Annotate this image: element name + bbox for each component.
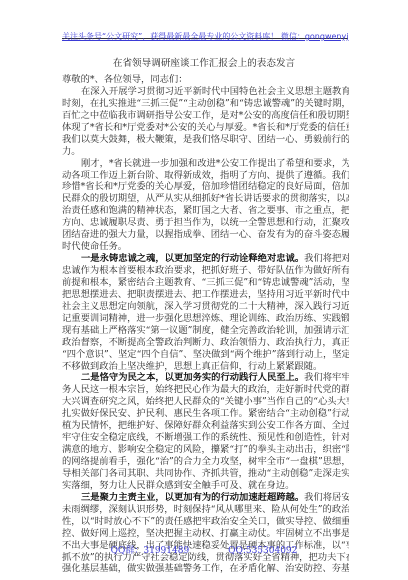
- section-text: 我们将居安思危，: [304, 492, 349, 503]
- text-line: 动各项工作迈上新台阶、取得新成效，指明了方向、提供了遵循。我们将倍加: [62, 170, 349, 182]
- qq-number: QQ:535304092: [228, 546, 297, 556]
- text-line: 牢守住安全稳定底线，不断增强工作的系统性、预见性和创造性，针对群众不: [62, 432, 349, 444]
- text-line: 性，以“时时放心不下”的责任感把牢政治安全关口，做实导控、做细重点管: [62, 516, 349, 528]
- text-line: 扎实做好保民安、护民利、惠民生各项工作。紧密结合“主动创稳”行动，厚: [62, 408, 349, 420]
- text-line: 体现了*省长和*厅党委对*公安的关心与厚爱。*省长和*厅党委的信任重托，给: [62, 122, 349, 134]
- text-line: 强化基层基础，做实做强基础警务工作，在矛盾化解、治安防控、夯基垒台上: [62, 563, 349, 575]
- text-line: 团结奋进的强大力量，以握指成拳、团结一心、奋发有为的奋斗姿态履行好新: [62, 229, 349, 241]
- text-line: 珍惜*省长和*厅党委的关心厚爱，倍加珍惜团结稳定的良好局面，倍加珍惜人: [62, 181, 349, 193]
- text-line: 社会主义思想定向领航，深入学习贯彻党的二十大精神，深入践行习近平总书: [62, 301, 349, 313]
- contact-footer: QQ群：31991489 QQ:535304092: [0, 543, 408, 556]
- document-page: 关注头条号“公文研究”，获得最新最全最专业的公文资料库！ 微信：gongweny…: [0, 0, 408, 580]
- text-line: 百忙之中莅临我市调研指导公安工作，是对*公安的高度信任和殷切期望，充分: [62, 110, 349, 122]
- section-heading: 一是永铸忠诚之魂，以更加坚定的行动诠释绝对忠诚。: [81, 253, 304, 264]
- section-text: 我们将牢牢把握服: [304, 372, 349, 383]
- promo-banner-link[interactable]: 关注头条号“公文研究”，获得最新最全最专业的公文资料库！ 微信：gongweny…: [62, 32, 348, 41]
- text-line: 满意的地方、影响安全稳定的风险，攥紧“打”的拳头主动出击，织密“防”: [62, 444, 349, 456]
- section-heading: 三是聚力主责主业，以更加有为的行动加速赶超跨越。: [81, 492, 304, 503]
- section-text: 我们将把对党绝对: [304, 253, 349, 264]
- text-line: 实落细，努力让人民群众感到安全触手可及、就在身边。: [62, 480, 349, 492]
- text-line: 一是永铸忠诚之魂，以更加坚定的行动诠释绝对忠诚。我们将把对党绝对: [62, 253, 349, 265]
- text-line: 现有基础上严格落实“第一议题”制度，健全完善政治轮训，加强请示汇报和: [62, 325, 349, 337]
- document-title: 在省领导调研座谈工作汇报会上的表态发言: [0, 55, 408, 69]
- text-line: 的网络提前看手，强化“治”的合力全力攻坚，树牢全市“一盘棋”思想，引: [62, 456, 349, 468]
- text-line: 在深入开展学习贯彻习近平新时代中国特色社会主义思想主题教育的重要: [62, 86, 349, 98]
- text-line: 导相关部门各司其职、共同协作、齐抓共管，推动“主动创稳”走深走实，落: [62, 468, 349, 480]
- text-line: 忠诚作为根本首要根本政治要求，把抓好班子、带好队伍作为做好所有工作的: [62, 265, 349, 277]
- text-line: 治责任感和饱满的精神状态，紧盯国之大者、省之要事、市之重点，把牢政治: [62, 205, 349, 217]
- section-heading: 二是恪守为民之本，以更加务实的行动践行人民至上。: [81, 372, 304, 383]
- text-line: 方向、忠诚履职尽责、勇于担当作为，以统一全警思想和行动，汇聚攻坚克难、: [62, 217, 349, 229]
- text-line: 尊敬的*、各位领导，同志们：: [62, 74, 349, 86]
- promo-banner: 关注头条号“公文研究”，获得最新最全最专业的公文资料库！ 微信：gongweny…: [62, 24, 348, 39]
- document-body: 尊敬的*、各位领导，同志们：在深入开展学习贯彻习近平新时代中国特色社会主义思想主…: [62, 74, 349, 575]
- text-line: 我们以莫大鼓舞，极大鞭策，是我们恪尽职守、团结一心、勇毅前行的强大动: [62, 134, 349, 146]
- text-line: 二是恪守为民之本，以更加务实的行动践行人民至上。我们将牢牢把握服: [62, 372, 349, 384]
- text-line: 把思想摆进去、把职责摆进去、把工作摆进去，坚持用习近平新时代中国特色: [62, 289, 349, 301]
- text-line: 时代使命任务。: [62, 241, 349, 253]
- text-line: 不移做到政治上坚决维护，思想上真正信仰，行动上紧紧跟随。: [62, 361, 349, 373]
- text-line: 民群众的殷切期望，从严从实从细抓好*省长讲话要求的贯彻落实，以高度的政: [62, 193, 349, 205]
- text-line: 前提和根本，紧密结合主题教育、“三抓三促”和“铸忠诚警魂”活动，坚持: [62, 277, 349, 289]
- qq-group-number: QQ群：31991489: [111, 546, 190, 556]
- text-line: 植为民情怀，把维护好、保障好群众利益落实到公安工作各方面、全过程，牢: [62, 420, 349, 432]
- text-line: 控、做好网上巡控，坚决把握主动权、打赢主动仗。牢固树立不出事是硬道理、: [62, 528, 349, 540]
- text-line: 记重要训词精神，进一步强化思想淬炼、理论训练、政治历练、实践锻炼，在: [62, 313, 349, 325]
- text-line: 务人民这一根本宗旨，始终把民心作为最大的政治，走好新时代党的群众路线，: [62, 384, 349, 396]
- text-line: 政治督察，不断提高全警政治判断力、政治领悟力、政治执行力，真正把增强: [62, 337, 349, 349]
- text-line: 力。: [62, 146, 349, 158]
- text-line: “四个意识”、坚定“四个自信”、坚决做到“两个维护”落到行动上，坚定: [62, 349, 349, 361]
- text-line: 时刻，在扎实推进“三抓三促”“主动创稳”和“铸忠诚警魂”的关键时期，*: [62, 98, 349, 110]
- text-line: 刚才，*省长就进一步加强和改进*公安工作提出了希望和要求，为我们推: [62, 158, 349, 170]
- text-line: 未雨绸缪，深刻认识形势，时刻保持“风从哪里来、险从何处生”的政治敏锐: [62, 504, 349, 516]
- text-line: 大兴调查研究之风，始终把人民群众的“关键小事”当作自己的“心头大事”，: [62, 396, 349, 408]
- text-line: 三是聚力主责主业，以更加有为的行动加速赶超跨越。我们将居安思危，: [62, 492, 349, 504]
